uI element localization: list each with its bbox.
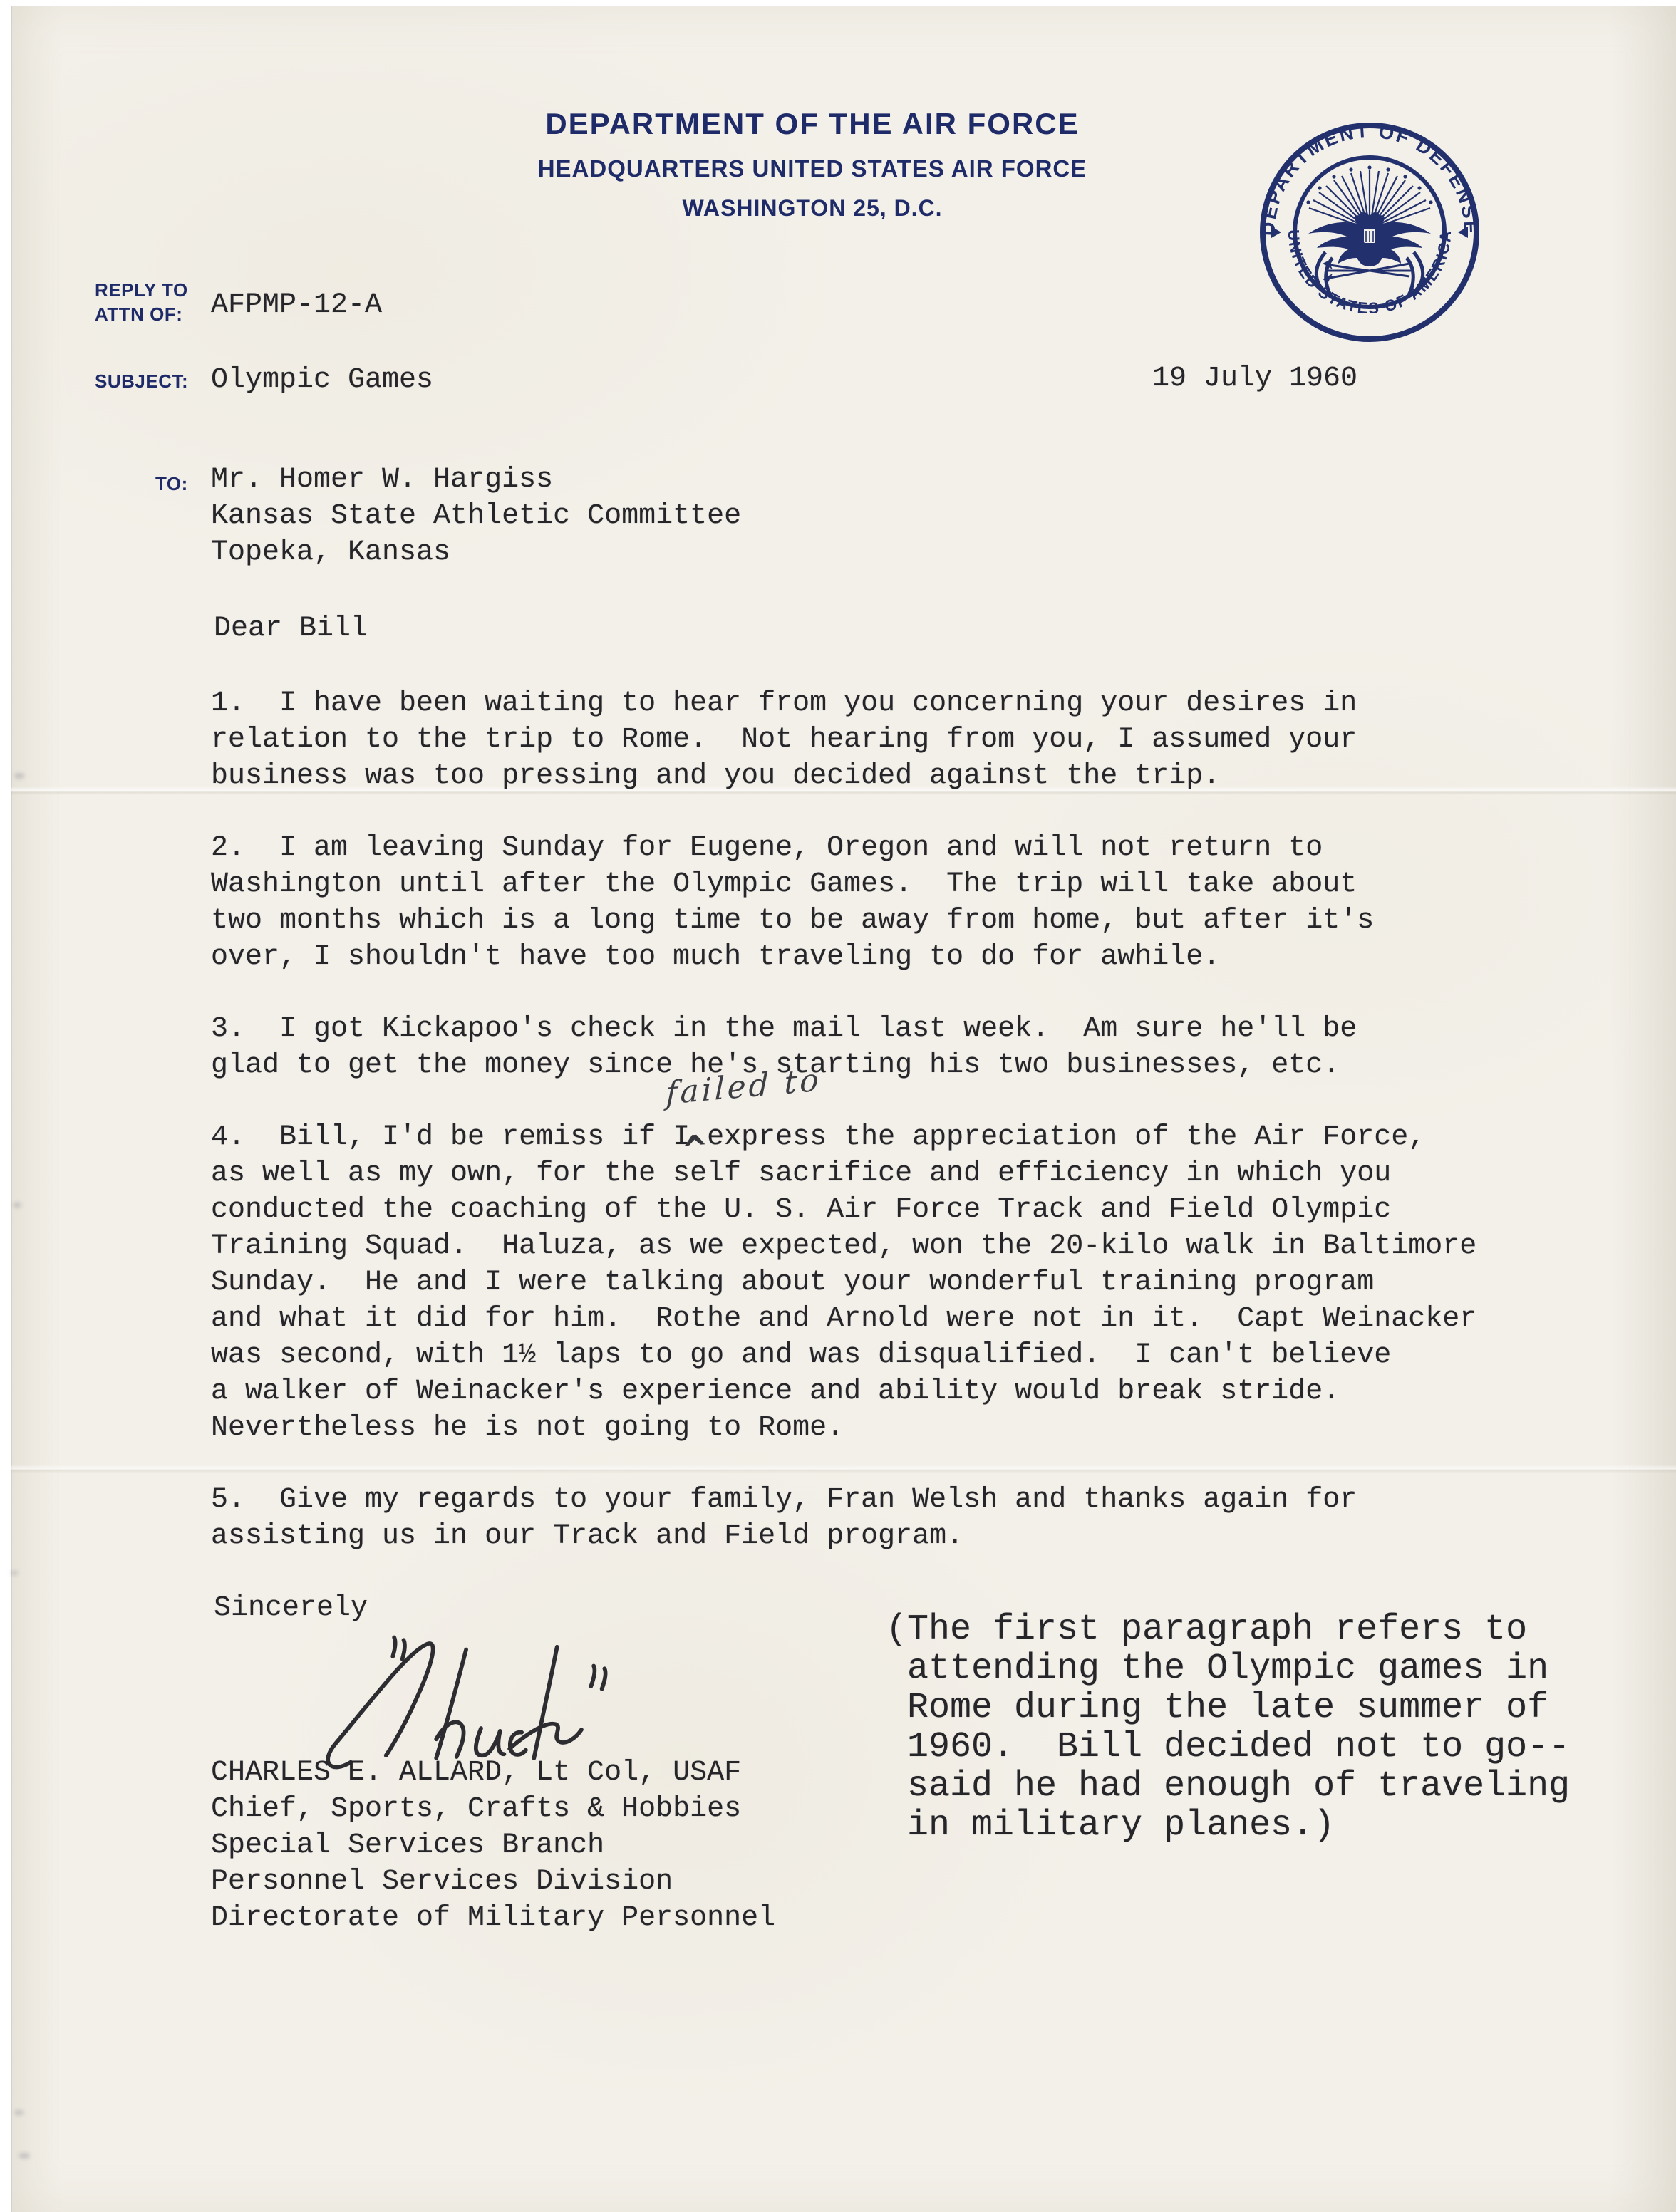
signer-title: Chief, Sports, Crafts & Hobbies <box>211 1791 775 1827</box>
signer-name-rank: CHARLES E. ALLARD, Lt Col, USAF <box>211 1755 775 1791</box>
reply-label-line2: ATTN OF: <box>95 302 188 326</box>
signature-block: CHARLES E. ALLARD, Lt Col, USAF Chief, S… <box>211 1755 775 1936</box>
subject-value: Olympic Games <box>211 362 433 398</box>
letterhead-headquarters: HEADQUARTERS UNITED STATES AIR FORCE <box>242 155 1382 182</box>
scan-smudge <box>14 773 24 779</box>
letterhead: DEPARTMENT OF THE AIR FORCE HEADQUARTERS… <box>242 107 1382 222</box>
signature <box>296 1629 695 1772</box>
department-of-defense-seal-icon: DEPARTMENT OF DEFENSE UNITED STATES OF A… <box>1256 118 1484 346</box>
paragraph-1: 1. I have been waiting to hear from you … <box>211 685 1522 794</box>
to-label: TO: <box>155 472 188 496</box>
scan-smudge <box>11 1571 18 1575</box>
scanned-letter-page: DEPARTMENT OF THE AIR FORCE HEADQUARTERS… <box>0 0 1676 2212</box>
letterhead-department: DEPARTMENT OF THE AIR FORCE <box>242 107 1382 141</box>
letterhead-city: WASHINGTON 25, D.C. <box>242 195 1382 222</box>
paragraph-5: 5. Give my regards to your family, Fran … <box>211 1482 1522 1554</box>
scan-smudge <box>13 1203 21 1208</box>
insertion-caret-mark: ^ <box>683 1128 708 1172</box>
date: 19 July 1960 <box>1152 360 1357 397</box>
paragraph-3: 3. I got Kickapoo's check in the mail la… <box>211 1011 1522 1084</box>
signer-directorate: Directorate of Military Personnel <box>211 1900 775 1936</box>
reply-label-line1: REPLY TO <box>95 278 188 302</box>
scan-smudge <box>14 2110 24 2115</box>
signer-division: Personnel Services Division <box>211 1864 775 1900</box>
recipient-address: Mr. Homer W. Hargiss Kansas State Athlet… <box>211 462 741 571</box>
signer-branch: Special Services Branch <box>211 1827 775 1864</box>
seal-emblem <box>1306 165 1432 296</box>
paragraph-4: 4. Bill, I'd be remiss if I express the … <box>211 1119 1522 1446</box>
archival-note: (The first paragraph refers to attending… <box>886 1610 1570 1845</box>
paragraph-2: 2. I am leaving Sunday for Eugene, Orego… <box>211 830 1522 975</box>
reply-attn-value: AFPMP-12-A <box>211 287 382 323</box>
scan-smudge <box>19 2153 30 2159</box>
letter-body: Dear Bill 1. I have been waiting to hear… <box>211 611 1522 1772</box>
subject-label: SUBJECT: <box>95 369 188 393</box>
salutation: Dear Bill <box>214 611 1522 647</box>
reply-attn-label: REPLY TO ATTN OF: <box>95 278 188 326</box>
